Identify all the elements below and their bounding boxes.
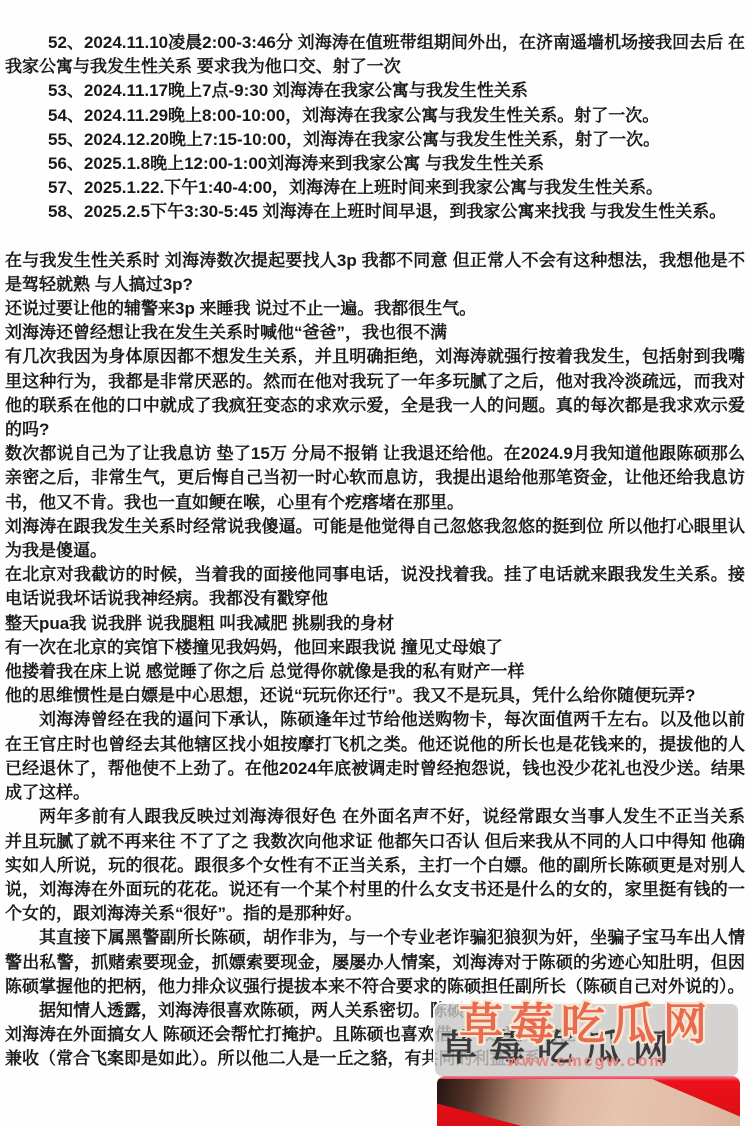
- incident-item: 52、2024.11.10凌晨2:00-3:46分 刘海涛在值班带组期间外出，在…: [5, 31, 745, 79]
- body-paragraph: 他的思维惯性是白嫖是中心思想，还说“玩玩你还行”。我又不是玩具，凭什么给你随便玩…: [5, 684, 745, 708]
- document-text: 52、2024.11.10凌晨2:00-3:46分 刘海涛在值班带组期间外出，在…: [0, 0, 749, 1072]
- incident-item: 57、2025.1.22.下午1:40-4:00，刘海涛在上班时间来到我家公寓与…: [5, 176, 745, 200]
- body-paragraph: 在北京对我截访的时候，当着我的面接他同事电话，说没找着我。挂了电话就来跟我发生关…: [5, 563, 745, 611]
- photo-thumbnail: [437, 1076, 740, 1126]
- body-paragraph: 数次都说自己为了让我息访 垫了15万 分局不报销 让我退还给他。在2024.9月…: [5, 442, 745, 515]
- incident-item: 55、2024.12.20晚上7:15-10:00，刘海涛在我家公寓与我发生性关…: [5, 128, 745, 152]
- watermark-site-name: 草莓吃瓜网: [435, 988, 738, 1052]
- body-paragraph: 有一次在北京的宾馆下楼撞见我妈妈，他回来跟我说 撞见丈母娘了: [5, 636, 745, 660]
- body-paragraph: 刘海涛在跟我发生关系时经常说我傻逼。可能是他觉得自己忽悠我忽悠的挺到位 所以他打…: [5, 515, 745, 563]
- incident-item: 53、2024.11.17晚上7点-9:30 刘海涛在我家公寓与我发生性关系: [5, 79, 745, 103]
- watermark-card: 草莓吃瓜网 草莓吃瓜网 www.cmcgw.com: [433, 1002, 740, 1078]
- body-paragraph: 有几次我因为身体原因都不想发生关系，并且明确拒绝，刘海涛就强行按着我发生，包括射…: [5, 345, 745, 442]
- photo-subject-area: [437, 1079, 740, 1126]
- watermark-site-url: www.cmcgw.com: [435, 1053, 738, 1071]
- body-paragraph: 刘海涛还曾经想让我在发生关系时喊他“爸爸”，我也很不满: [5, 321, 745, 345]
- incident-item: 54、2024.11.29晚上8:00-10:00，刘海涛在我家公寓与我发生性关…: [5, 104, 745, 128]
- body-paragraph: 整天pua我 说我胖 说我腿粗 叫我减肥 挑剔我的身材: [5, 612, 745, 636]
- incident-item: 56、2025.1.8晚上12:00-1:00刘海涛来到我家公寓 与我发生性关系: [5, 152, 745, 176]
- indented-paragraph: 两年多前有人跟我反映过刘海涛很好色 在外面名声不好，说经常跟女当事人发生不正当关…: [5, 805, 745, 926]
- body-paragraph: 在与我发生性关系时 刘海涛数次提起要找人3p 我都不同意 但正常人不会有这种想法…: [5, 249, 745, 297]
- incident-item: 58、2025.2.5下午3:30-5:45 刘海涛在上班时间早退，到我家公寓来…: [5, 200, 745, 224]
- body-paragraph: 还说过要让他的辅警来3p 来睡我 说过不止一遍。我都很生气。: [5, 297, 745, 321]
- page-root: 52、2024.11.10凌晨2:00-3:46分 刘海涛在值班带组期间外出，在…: [0, 0, 749, 1126]
- body-paragraph: 他搂着我在床上说 感觉睡了你之后 总觉得你就像是我的私有财产一样: [5, 660, 745, 684]
- incident-list: 52、2024.11.10凌晨2:00-3:46分 刘海涛在值班带组期间外出，在…: [5, 31, 745, 225]
- indented-paragraph: 刘海涛曾经在我的逼问下承认，陈硕逢年过节给他送购物卡，每次面值两千左右。以及他以…: [5, 708, 745, 805]
